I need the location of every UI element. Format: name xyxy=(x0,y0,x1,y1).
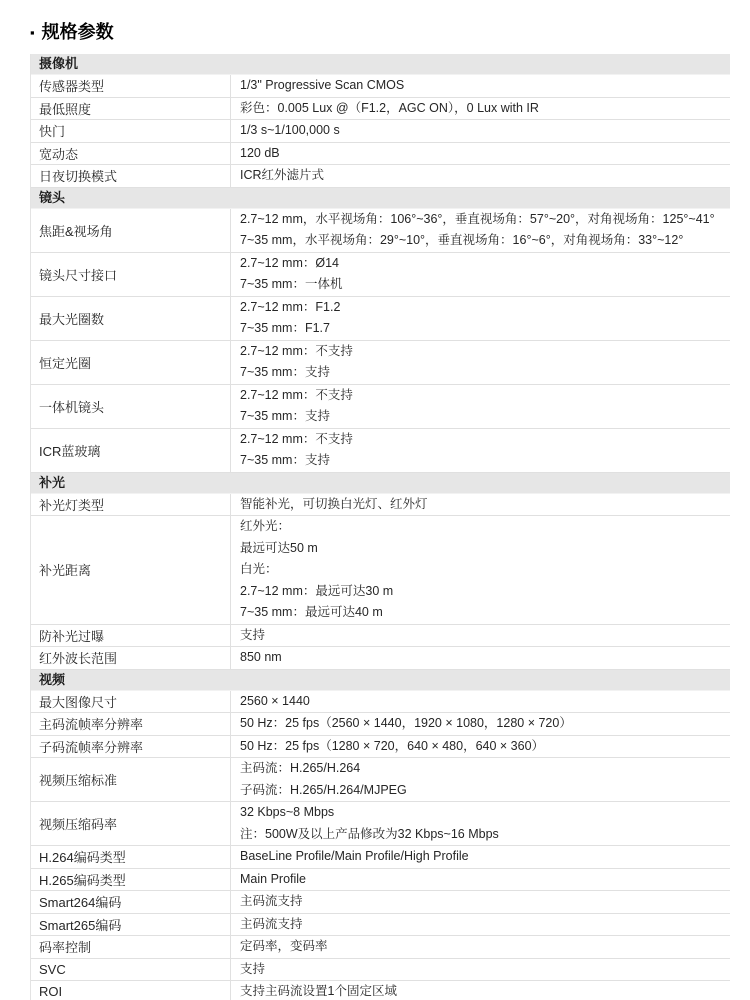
row-value: 120 dB xyxy=(231,143,730,165)
spec-row: 宽动态120 dB xyxy=(31,143,730,166)
value-line: 120 dB xyxy=(240,143,721,165)
spec-row: 视频压缩标准主码流：H.265/H.264子码流：H.265/H.264/MJP… xyxy=(31,758,730,802)
value-line: 2.7~12 mm：不支持 xyxy=(240,385,721,407)
spec-row: Smart265编码主码流支持 xyxy=(31,914,730,937)
spec-row: 最大光圈数2.7~12 mm：F1.27~35 mm：F1.7 xyxy=(31,297,730,341)
row-value: 2560 × 1440 xyxy=(231,691,730,713)
section-header: 视频 xyxy=(31,670,730,691)
row-value: 主码流：H.265/H.264子码流：H.265/H.264/MJPEG xyxy=(231,758,730,801)
spec-row: SVC支持 xyxy=(31,959,730,982)
spec-row: Smart264编码主码流支持 xyxy=(31,891,730,914)
row-value: 2.7~12 mm：F1.27~35 mm：F1.7 xyxy=(231,297,730,340)
row-label: 视频压缩标准 xyxy=(31,758,231,801)
row-value: 1/3" Progressive Scan CMOS xyxy=(231,75,730,97)
row-label: H.265编码类型 xyxy=(31,869,231,891)
row-value: 支持 xyxy=(231,959,730,981)
row-value: 主码流支持 xyxy=(231,914,730,936)
row-label: 子码流帧率分辨率 xyxy=(31,736,231,758)
value-line: 彩色：0.005 Lux @（F1.2，AGC ON），0 Lux with I… xyxy=(240,98,721,120)
spec-row: 一体机镜头2.7~12 mm：不支持7~35 mm：支持 xyxy=(31,385,730,429)
value-line: 7~35 mm：支持 xyxy=(240,362,721,384)
spec-row: 日夜切换模式ICR红外滤片式 xyxy=(31,165,730,188)
value-line: 子码流：H.265/H.264/MJPEG xyxy=(240,780,721,802)
value-line: 最远可达50 m xyxy=(240,538,721,560)
value-line: 定码率，变码率 xyxy=(240,936,721,958)
row-label: 红外波长范围 xyxy=(31,647,231,669)
section-header: 镜头 xyxy=(31,188,730,209)
value-line: 850 nm xyxy=(240,647,721,669)
value-line: 注：500W及以上产品修改为32 Kbps~16 Mbps xyxy=(240,824,721,846)
row-label: 日夜切换模式 xyxy=(31,165,231,187)
spec-row: 子码流帧率分辨率50 Hz：25 fps（1280 × 720，640 × 48… xyxy=(31,736,730,759)
row-label: 补光灯类型 xyxy=(31,494,231,516)
spec-row: 视频压缩码率32 Kbps~8 Mbps注：500W及以上产品修改为32 Kbp… xyxy=(31,802,730,846)
spec-row: 码率控制定码率，变码率 xyxy=(31,936,730,959)
spec-page: ▪ 规格参数 摄像机传感器类型1/3" Progressive Scan CMO… xyxy=(0,0,750,1000)
section-header: 补光 xyxy=(31,473,730,494)
spec-table: 摄像机传感器类型1/3" Progressive Scan CMOS最低照度彩色… xyxy=(30,54,730,1000)
spec-row: H.264编码类型BaseLine Profile/Main Profile/H… xyxy=(31,846,730,869)
row-value: 定码率，变码率 xyxy=(231,936,730,958)
row-label: 最低照度 xyxy=(31,98,231,120)
value-line: 主码流支持 xyxy=(240,914,721,936)
value-line: 支持 xyxy=(240,959,721,981)
row-label: 恒定光圈 xyxy=(31,341,231,384)
row-value: 50 Hz：25 fps（1280 × 720，640 × 480，640 × … xyxy=(231,736,730,758)
value-line: 2.7~12 mm：最远可达30 m xyxy=(240,581,721,603)
row-value: 主码流支持 xyxy=(231,891,730,913)
value-line: 2.7~12 mm：不支持 xyxy=(240,429,721,451)
row-label: H.264编码类型 xyxy=(31,846,231,868)
spec-row: 恒定光圈2.7~12 mm：不支持7~35 mm：支持 xyxy=(31,341,730,385)
value-line: 红外光： xyxy=(240,516,721,538)
value-line: 1/3" Progressive Scan CMOS xyxy=(240,75,721,97)
row-value: BaseLine Profile/Main Profile/High Profi… xyxy=(231,846,730,868)
square-bullet-icon: ▪ xyxy=(30,26,35,39)
value-line: 支持主码流设置1个固定区域 xyxy=(240,981,721,1000)
row-label: 一体机镜头 xyxy=(31,385,231,428)
row-value: Main Profile xyxy=(231,869,730,891)
value-line: 主码流支持 xyxy=(240,891,721,913)
spec-row: 补光灯类型智能补光，可切换白光灯、红外灯 xyxy=(31,494,730,517)
row-value: 支持主码流设置1个固定区域 xyxy=(231,981,730,1000)
value-line: 2.7~12 mm，水平视场角：106°~36°，垂直视场角：57°~20°，对… xyxy=(240,209,721,231)
row-value: 红外光：最远可达50 m白光：2.7~12 mm：最远可达30 m7~35 mm… xyxy=(231,516,730,624)
row-value: 彩色：0.005 Lux @（F1.2，AGC ON），0 Lux with I… xyxy=(231,98,730,120)
row-value: 1/3 s~1/100,000 s xyxy=(231,120,730,142)
row-label: 最大图像尺寸 xyxy=(31,691,231,713)
value-line: BaseLine Profile/Main Profile/High Profi… xyxy=(240,846,721,868)
spec-row: 快门1/3 s~1/100,000 s xyxy=(31,120,730,143)
spec-row: 最低照度彩色：0.005 Lux @（F1.2，AGC ON），0 Lux wi… xyxy=(31,98,730,121)
row-value: 2.7~12 mm：不支持7~35 mm：支持 xyxy=(231,385,730,428)
row-value: 50 Hz：25 fps（2560 × 1440，1920 × 1080，128… xyxy=(231,713,730,735)
spec-row: 补光距离红外光：最远可达50 m白光：2.7~12 mm：最远可达30 m7~3… xyxy=(31,516,730,625)
row-label: Smart264编码 xyxy=(31,891,231,913)
value-line: 2.7~12 mm：F1.2 xyxy=(240,297,721,319)
value-line: 2.7~12 mm：不支持 xyxy=(240,341,721,363)
row-value: ICR红外滤片式 xyxy=(231,165,730,187)
row-label: 宽动态 xyxy=(31,143,231,165)
spec-row: 防补光过曝支持 xyxy=(31,625,730,648)
value-line: 主码流：H.265/H.264 xyxy=(240,758,721,780)
row-label: 传感器类型 xyxy=(31,75,231,97)
value-line: 7~35 mm：支持 xyxy=(240,406,721,428)
value-line: 7~35 mm：最远可达40 m xyxy=(240,602,721,624)
row-label: 最大光圈数 xyxy=(31,297,231,340)
value-line: 1/3 s~1/100,000 s xyxy=(240,120,721,142)
spec-row: H.265编码类型Main Profile xyxy=(31,869,730,892)
row-value: 2.7~12 mm：不支持7~35 mm：支持 xyxy=(231,341,730,384)
value-line: 支持 xyxy=(240,625,721,647)
row-label: 焦距&视场角 xyxy=(31,209,231,252)
spec-row: 主码流帧率分辨率50 Hz：25 fps（2560 × 1440，1920 × … xyxy=(31,713,730,736)
row-value: 2.7~12 mm：Ø147~35 mm：一体机 xyxy=(231,253,730,296)
row-value: 智能补光，可切换白光灯、红外灯 xyxy=(231,494,730,516)
row-label: 镜头尺寸接口 xyxy=(31,253,231,296)
spec-row: 传感器类型1/3" Progressive Scan CMOS xyxy=(31,75,730,98)
row-value: 2.7~12 mm，水平视场角：106°~36°，垂直视场角：57°~20°，对… xyxy=(231,209,730,252)
row-value: 2.7~12 mm：不支持7~35 mm：支持 xyxy=(231,429,730,472)
row-value: 32 Kbps~8 Mbps注：500W及以上产品修改为32 Kbps~16 M… xyxy=(231,802,730,845)
row-label: 防补光过曝 xyxy=(31,625,231,647)
row-label: 快门 xyxy=(31,120,231,142)
section-header: 摄像机 xyxy=(31,54,730,75)
row-label: SVC xyxy=(31,959,231,981)
spec-row: 焦距&视场角2.7~12 mm，水平视场角：106°~36°，垂直视场角：57°… xyxy=(31,209,730,253)
value-line: 2560 × 1440 xyxy=(240,691,721,713)
value-line: 7~35 mm，水平视场角：29°~10°，垂直视场角：16°~6°，对角视场角… xyxy=(240,230,721,252)
value-line: 7~35 mm：一体机 xyxy=(240,274,721,296)
page-title: ▪ 规格参数 xyxy=(30,18,732,44)
page-title-text: 规格参数 xyxy=(42,18,114,44)
row-label: ROI xyxy=(31,981,231,1000)
row-label: Smart265编码 xyxy=(31,914,231,936)
value-line: 2.7~12 mm：Ø14 xyxy=(240,253,721,275)
spec-row: ROI支持主码流设置1个固定区域 xyxy=(31,981,730,1000)
spec-row: 最大图像尺寸2560 × 1440 xyxy=(31,691,730,714)
row-label: 主码流帧率分辨率 xyxy=(31,713,231,735)
spec-row: 镜头尺寸接口2.7~12 mm：Ø147~35 mm：一体机 xyxy=(31,253,730,297)
value-line: ICR红外滤片式 xyxy=(240,165,721,187)
spec-row: ICR蓝玻璃2.7~12 mm：不支持7~35 mm：支持 xyxy=(31,429,730,473)
value-line: 32 Kbps~8 Mbps xyxy=(240,802,721,824)
value-line: 7~35 mm：F1.7 xyxy=(240,318,721,340)
value-line: 50 Hz：25 fps（2560 × 1440，1920 × 1080，128… xyxy=(240,713,721,735)
row-label: ICR蓝玻璃 xyxy=(31,429,231,472)
value-line: 白光： xyxy=(240,559,721,581)
value-line: 50 Hz：25 fps（1280 × 720，640 × 480，640 × … xyxy=(240,736,721,758)
row-label: 码率控制 xyxy=(31,936,231,958)
value-line: 7~35 mm：支持 xyxy=(240,450,721,472)
row-label: 补光距离 xyxy=(31,516,231,624)
row-label: 视频压缩码率 xyxy=(31,802,231,845)
value-line: 智能补光，可切换白光灯、红外灯 xyxy=(240,494,721,516)
row-value: 850 nm xyxy=(231,647,730,669)
value-line: Main Profile xyxy=(240,869,721,891)
spec-row: 红外波长范围850 nm xyxy=(31,647,730,670)
row-value: 支持 xyxy=(231,625,730,647)
